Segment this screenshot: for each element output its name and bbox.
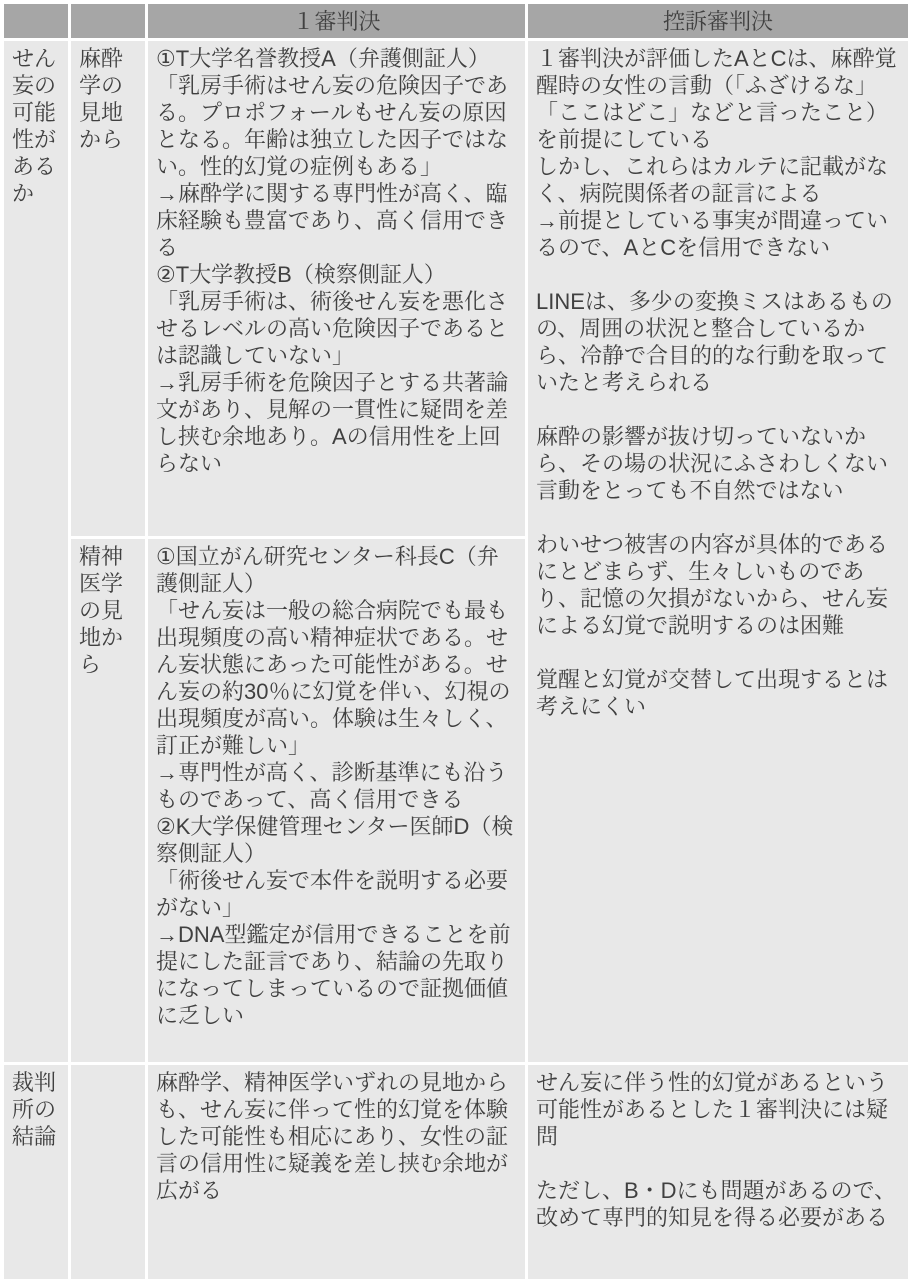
comparison-table: １審判決 控訴審判決 せん妄の可能性があるか 麻酔学の見地から ①T大学名誉教授… — [1, 1, 911, 1282]
cell-topic-conclusion: 裁判所の結論 — [4, 1065, 68, 1279]
header-aspect-empty — [71, 4, 145, 38]
row-delirium-anesthesiology: せん妄の可能性があるか 麻酔学の見地から ①T大学名誉教授A（弁護側証人） 「乳… — [4, 41, 908, 536]
header-row: １審判決 控訴審判決 — [4, 4, 908, 38]
header-topic-empty — [4, 4, 68, 38]
cell-aspect-psychiatry: 精神医学の見地から — [71, 539, 145, 1062]
cell-first-trial-anesthesiology: ①T大学名誉教授A（弁護側証人） 「乳房手術はせん妄の危険因子である。プロポフォ… — [148, 41, 525, 536]
cell-first-trial-psychiatry: ①国立がん研究センター科長C（弁護側証人） 「せん妄は一般の総合病院でも最も出現… — [148, 539, 525, 1062]
header-first-trial: １審判決 — [148, 4, 525, 38]
cell-first-trial-conclusion: 麻酔学、精神医学いずれの見地からも、せん妄に伴って性的幻覚を体験した可能性も相応… — [148, 1065, 525, 1279]
cell-appeal-trial-delirium: １審判決が評価したAとCは、麻酔覚醒時の女性の言動（「ふざけるな」「ここはどこ」… — [528, 41, 908, 1062]
cell-aspect-anesthesiology: 麻酔学の見地から — [71, 41, 145, 536]
cell-aspect-conclusion-empty — [71, 1065, 145, 1279]
cell-topic-delirium: せん妄の可能性があるか — [4, 41, 68, 1062]
row-court-conclusion: 裁判所の結論 麻酔学、精神医学いずれの見地からも、せん妄に伴って性的幻覚を体験し… — [4, 1065, 908, 1279]
header-appeal-trial: 控訴審判決 — [528, 4, 908, 38]
cell-appeal-trial-conclusion: せん妄に伴う性的幻覚があるという可能性があるとした１審判決には疑問 ただし、B・… — [528, 1065, 908, 1279]
